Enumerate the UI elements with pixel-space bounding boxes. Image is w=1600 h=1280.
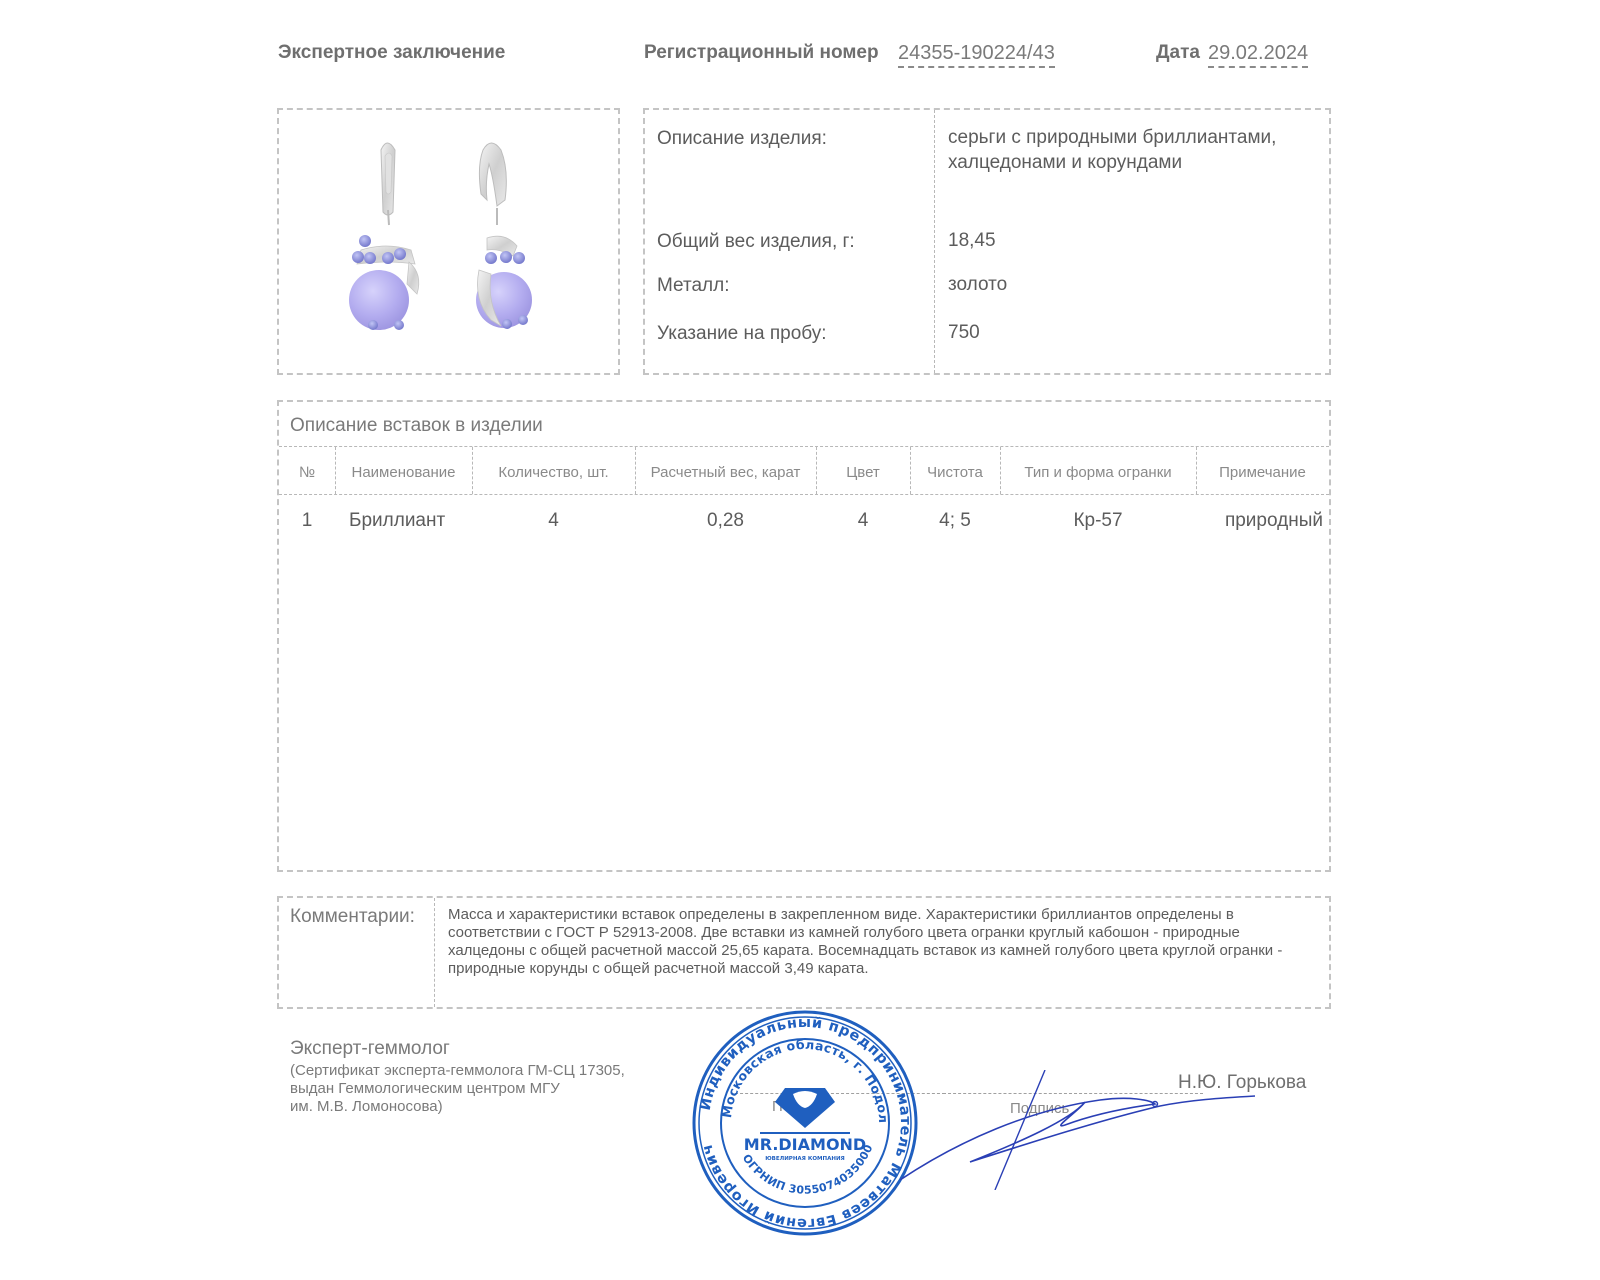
cell-name: Бриллиант (349, 510, 445, 532)
right-earring (476, 143, 532, 329)
column-header-weight: Расчетный вес, карат (635, 464, 816, 481)
weight-value: 18,45 (948, 228, 996, 253)
cell-quantity: 4 (472, 510, 635, 532)
hallmark-label: Указание на пробу: (657, 323, 827, 345)
cell-color: 4 (816, 510, 910, 532)
table-header-bottom-line (279, 494, 1329, 495)
document-title: Экспертное заключение (278, 42, 505, 64)
column-header-color: Цвет (816, 464, 910, 481)
column-header-cut: Тип и форма огранки (1000, 464, 1196, 481)
left-earring (349, 143, 419, 330)
registration-label: Регистрационный номер (644, 42, 879, 64)
comments-divider (434, 898, 435, 1007)
metal-label: Металл: (657, 275, 729, 297)
cell-number: 1 (279, 510, 335, 532)
table-header-top-line (279, 446, 1329, 447)
info-column-divider (934, 110, 935, 373)
diamond-logo-icon (760, 1088, 850, 1133)
date-value: 29.02.2024 (1208, 42, 1308, 68)
hallmark-value: 750 (948, 320, 980, 345)
column-header-note: Примечание (1196, 464, 1329, 481)
column-header-quantity: Количество, шт. (472, 464, 635, 481)
company-stamp: Индивидуальный предприниматель Матвеев Е… (690, 1008, 920, 1238)
cell-note: природный (1196, 510, 1323, 532)
weight-label: Общий вес изделия, г: (657, 231, 855, 253)
cell-clarity: 4; 5 (910, 510, 1000, 532)
column-header-number: № (279, 464, 335, 481)
cell-cut: Кр-57 (1000, 510, 1196, 532)
certificate-line: (Сертификат эксперта-геммолога ГМ-СЦ 173… (290, 1062, 670, 1080)
comments-label: Комментарии: (290, 906, 415, 928)
column-header-name: Наименование (335, 464, 472, 481)
certificate-line: выдан Геммологическим центром МГУ (290, 1080, 670, 1098)
stamp-brand: MR.DIAMOND (744, 1135, 866, 1154)
expert-certificate-note: (Сертификат эксперта-геммолога ГМ-СЦ 173… (290, 1062, 670, 1116)
signature-scribble (900, 1070, 1260, 1190)
stamp-brand-sub: ЮВЕЛИРНАЯ КОМПАНИЯ (765, 1156, 845, 1162)
column-header-clarity: Чистота (910, 464, 1000, 481)
product-photo-frame (277, 108, 620, 375)
date-label: Дата (1156, 42, 1200, 64)
expert-title: Эксперт-геммолог (290, 1038, 450, 1060)
description-label: Описание изделия: (657, 128, 827, 150)
metal-value: золото (948, 272, 1007, 297)
earrings-image (279, 110, 618, 373)
cell-weight: 0,28 (635, 510, 816, 532)
inserts-title: Описание вставок в изделии (290, 415, 543, 437)
description-value: серьги с природными бриллиантами, халцед… (948, 125, 1318, 175)
comments-text: Масса и характеристики вставок определен… (448, 906, 1318, 978)
certificate-line: им. М.В. Ломоносова) (290, 1098, 670, 1116)
registration-number: 24355-190224/43 (898, 42, 1055, 68)
